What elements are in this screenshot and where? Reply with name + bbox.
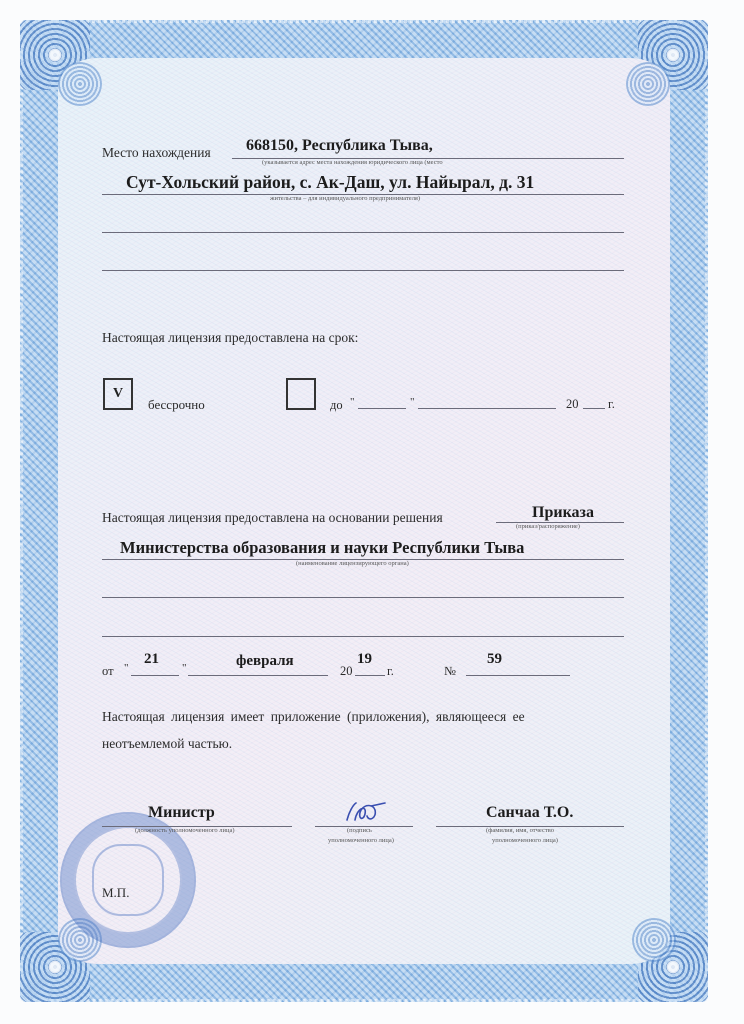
- authority-value: Министерства образования и науки Республ…: [120, 538, 524, 558]
- basis-underline-4: [102, 636, 624, 637]
- date-month-value: февраля: [236, 653, 294, 670]
- appendix-text-line1: Настоящая лицензия имеет приложение (при…: [102, 709, 525, 725]
- until-year-prefix: 20: [566, 397, 579, 412]
- position-value: Министр: [148, 804, 215, 822]
- date-day-value: 21: [144, 651, 159, 668]
- date-quote-close: ": [182, 662, 187, 674]
- until-quote-open: ": [350, 396, 355, 408]
- date-year-suffix: г.: [387, 664, 394, 679]
- until-year-field[interactable]: [583, 408, 605, 409]
- date-month-underline: [188, 675, 328, 676]
- until-quote-close: ": [410, 396, 415, 408]
- until-date-checkbox[interactable]: [286, 378, 316, 410]
- signature-hint-line1: (подпись: [347, 827, 372, 834]
- date-year-value: 19: [357, 651, 372, 668]
- signer-name-value: Санчаа Т.О.: [486, 804, 573, 822]
- decision-type-hint: (приказ/распоряжение): [516, 523, 580, 530]
- signer-name-hint-line2: уполномоченного лица): [492, 837, 558, 844]
- number-sign: №: [444, 664, 456, 679]
- date-quote-open: ": [124, 662, 129, 674]
- location-value-line2: Сут-Хольский район, с. Ак-Даш, ул. Найыр…: [126, 172, 534, 193]
- seal-placeholder-label: М.П.: [102, 885, 129, 901]
- signature-hint-line2: уполномоченного лица): [328, 837, 394, 844]
- until-day-field[interactable]: [358, 408, 406, 409]
- location-hint-2: жительства – для индивидуального предпри…: [270, 195, 420, 202]
- date-year-underline: [355, 675, 385, 676]
- decision-number-value: 59: [487, 651, 502, 668]
- location-label: Место нахождения: [102, 145, 211, 161]
- appendix-text-line2: неотъемлемой частью.: [102, 736, 232, 752]
- basis-underline-3: [102, 597, 624, 598]
- signer-name-hint-line1: (фамилия, имя, отчество: [486, 827, 554, 834]
- until-year-suffix: г.: [608, 397, 615, 412]
- basis-label: Настоящая лицензия предоставлена на осно…: [102, 510, 443, 526]
- location-value-line1: 668150, Республика Тыва,: [246, 137, 433, 155]
- seal-emblem: [92, 844, 164, 916]
- until-prefix: до: [330, 398, 343, 413]
- date-day-underline: [131, 675, 179, 676]
- decision-type-value: Приказа: [532, 504, 594, 522]
- indefinite-label: бессрочно: [148, 397, 205, 413]
- authority-hint: (наименование лицензирующего органа): [296, 560, 409, 567]
- location-underline-4: [102, 270, 624, 271]
- position-hint: (должность уполномоченного лица): [135, 827, 235, 834]
- decision-number-underline: [466, 675, 570, 676]
- signature-scribble: [343, 800, 389, 824]
- date-prefix: от: [102, 664, 114, 679]
- term-label: Настоящая лицензия предоставлена на срок…: [102, 330, 358, 346]
- date-year-prefix: 20: [340, 664, 353, 679]
- location-underline-3: [102, 232, 624, 233]
- license-page: Место нахождения 668150, Республика Тыва…: [0, 0, 744, 1024]
- indefinite-checkbox[interactable]: V: [103, 378, 133, 410]
- until-month-field[interactable]: [418, 408, 556, 409]
- location-hint-1: (указывается адрес места нахождения юрид…: [262, 159, 443, 166]
